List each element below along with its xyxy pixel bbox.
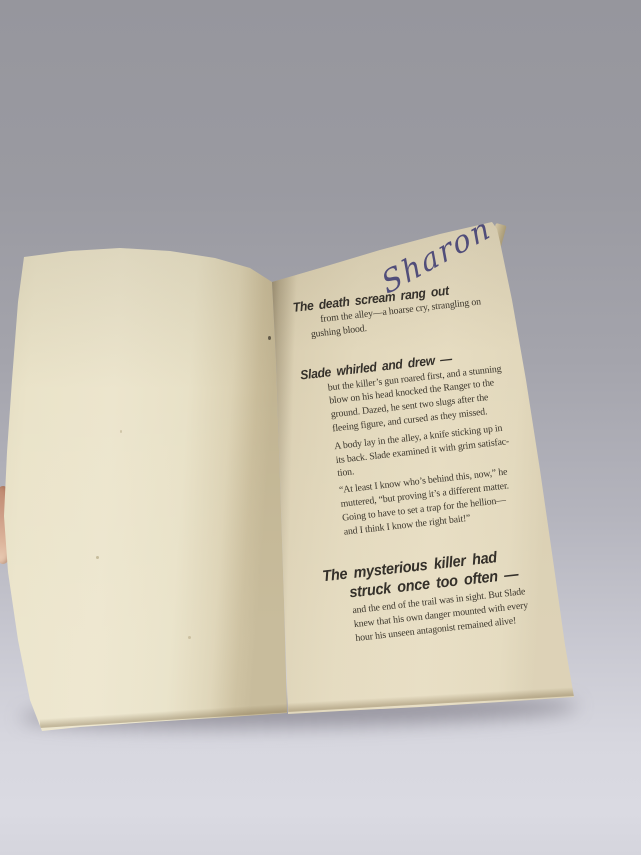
foxing-spot xyxy=(120,430,122,433)
page-crease xyxy=(0,664,25,737)
foxing-spot xyxy=(96,556,99,559)
left-page-shading xyxy=(0,240,300,740)
foxing-spot xyxy=(188,636,191,639)
book-photo: The death scream rang out from the alley… xyxy=(0,0,641,855)
blurb-text-block: The death scream rang out from the alley… xyxy=(292,275,554,648)
ink-speck xyxy=(268,336,271,340)
